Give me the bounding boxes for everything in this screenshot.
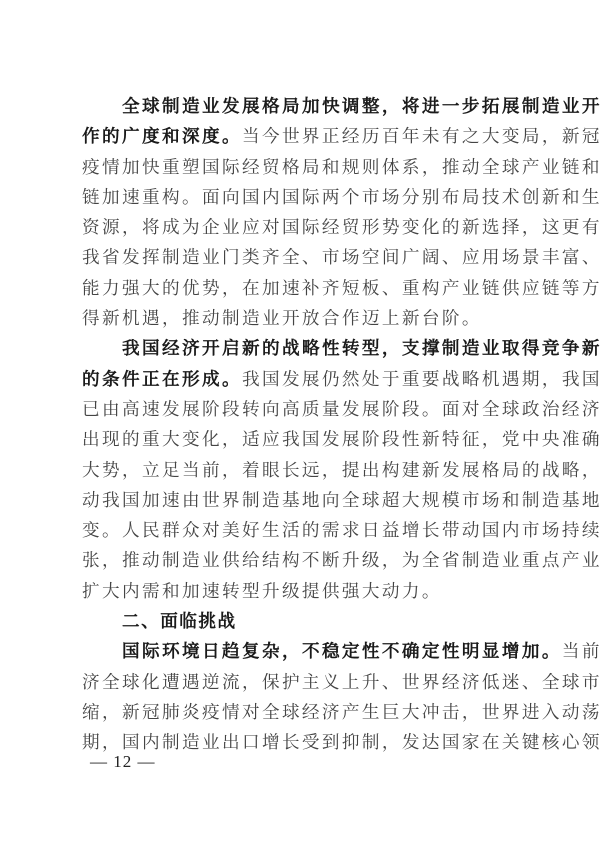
bold-lead: 的条件正在形成。 — [82, 369, 242, 390]
bold-lead: 作的广度和深度。 — [82, 126, 242, 147]
text-line: 扩大内需和加速转型升级提供强大动力。 — [82, 577, 522, 607]
body-text: 扩大内需和加速转型升级提供强大动力。 — [82, 582, 442, 602]
text-line: 作的广度和深度。当今世界正经历百年未有之大变局，新冠肺炎 — [82, 122, 522, 152]
paragraph-2: 我国经济开启新的战略性转型，支撑制造业取得竞争新优势 的条件正在形成。我国发展仍… — [82, 334, 522, 607]
body-text: 能力强大的优势，在加速补齐短板、重构产业链供应链等方面获 — [82, 279, 600, 299]
text-line: 得新机遇，推动制造业开放合作迈上新台阶。 — [82, 304, 522, 334]
bold-lead: 我国经济开启新的战略性转型，支撑制造业取得竞争新优势 — [122, 338, 600, 359]
text-line: 链加速重构。面向国内国际两个市场分别布局技术创新和生产力 — [82, 183, 522, 213]
body-text: 链加速重构。面向国内国际两个市场分别布局技术创新和生产力 — [82, 188, 600, 208]
text-line: 张，推动制造业供给结构不断升级，为全省制造业重点产业领域 — [82, 546, 522, 576]
text-line: 动我国加速由世界制造基地向全球超大规模市场和制造基地转 — [82, 486, 522, 516]
text-line: 的条件正在形成。我国发展仍然处于重要战略机遇期，我国经济 — [82, 365, 522, 395]
text-line: 国际环境日趋复杂，不稳定性不确定性明显增加。当前，经 — [82, 637, 522, 667]
body-text: 当前，经 — [562, 642, 600, 662]
body-text: 当今世界正经历百年未有之大变局，新冠肺炎 — [242, 127, 600, 147]
text-line: 疫情加快重塑国际经贸格局和规则体系，推动全球产业链和价值 — [82, 153, 522, 183]
paragraph-1: 全球制造业发展格局加快调整，将进一步拓展制造业开放合 作的广度和深度。当今世界正… — [82, 92, 522, 334]
body-text: 动我国加速由世界制造基地向全球超大规模市场和制造基地转 — [82, 491, 600, 511]
bold-lead: 全球制造业发展格局加快调整，将进一步拓展制造业开放合 — [122, 96, 600, 117]
text-line: 变。人民群众对美好生活的需求日益增长带动国内市场持续扩 — [82, 516, 522, 546]
document-page: 全球制造业发展格局加快调整，将进一步拓展制造业开放合 作的广度和深度。当今世界正… — [82, 92, 522, 759]
paragraph-3: 国际环境日趋复杂，不稳定性不确定性明显增加。当前，经 济全球化遭遇逆流，保护主义… — [82, 637, 522, 758]
section-heading: 二、面临挑战 — [82, 607, 522, 637]
body-text: 我国发展仍然处于重要战略机遇期，我国经济 — [242, 370, 600, 390]
body-text: 缩，新冠肺炎疫情对全球经济产生巨大冲击，世界进入动荡变革 — [82, 703, 600, 723]
text-line: 能力强大的优势，在加速补齐短板、重构产业链供应链等方面获 — [82, 274, 522, 304]
body-text: 变。人民群众对美好生活的需求日益增长带动国内市场持续扩 — [82, 521, 600, 541]
body-text: 济全球化遭遇逆流，保护主义上升、世界经济低迷、全球市场萎 — [82, 673, 600, 693]
body-text: 资源，将成为企业应对国际经贸形势变化的新选择，这更有利于 — [82, 218, 600, 238]
text-line: 缩，新冠肺炎疫情对全球经济产生巨大冲击，世界进入动荡变革 — [82, 698, 522, 728]
body-text: 已由高速发展阶段转向高质量发展阶段。面对全球政治经济环境 — [82, 400, 600, 420]
body-text: 张，推动制造业供给结构不断升级，为全省制造业重点产业领域 — [82, 551, 600, 571]
body-text: 我省发挥制造业门类齐全、市场空间广阔、应用场景丰富、生产 — [82, 248, 600, 268]
page-number: — 12 — — [90, 752, 156, 772]
body-text: 大势，立足当前，着眼长远，提出构建新发展格局的战略，将推 — [82, 461, 600, 481]
body-text: 疫情加快重塑国际经贸格局和规则体系，推动全球产业链和价值 — [82, 158, 600, 178]
body-text: 出现的重大变化，适应我国发展阶段性新特征，党中央准确研判 — [82, 430, 600, 450]
text-line: 我国经济开启新的战略性转型，支撑制造业取得竞争新优势 — [82, 334, 522, 364]
text-line: 出现的重大变化，适应我国发展阶段性新特征，党中央准确研判 — [82, 425, 522, 455]
text-line: 济全球化遭遇逆流，保护主义上升、世界经济低迷、全球市场萎 — [82, 668, 522, 698]
text-line: 已由高速发展阶段转向高质量发展阶段。面对全球政治经济环境 — [82, 395, 522, 425]
body-text: 得新机遇，推动制造业开放合作迈上新台阶。 — [82, 309, 482, 329]
text-line: 大势，立足当前，着眼长远，提出构建新发展格局的战略，将推 — [82, 456, 522, 486]
text-line: 我省发挥制造业门类齐全、市场空间广阔、应用场景丰富、生产 — [82, 243, 522, 273]
text-line: 全球制造业发展格局加快调整，将进一步拓展制造业开放合 — [82, 92, 522, 122]
text-line: 资源，将成为企业应对国际经贸形势变化的新选择，这更有利于 — [82, 213, 522, 243]
body-text: 期，国内制造业出口增长受到抑制，发达国家在关键核心领域对 — [82, 733, 600, 753]
bold-lead: 国际环境日趋复杂，不稳定性不确定性明显增加。 — [122, 641, 562, 662]
